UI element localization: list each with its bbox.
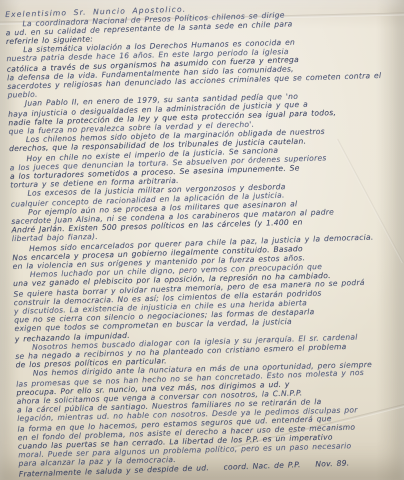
- handwritten-letter: Exelentisimo Sr. Nuncio Apostolico. La c…: [5, 0, 404, 478]
- letter-photo: Exelentisimo Sr. Nuncio Apostolico. La c…: [0, 0, 404, 480]
- letter-lines: La coordinadora Nacional de Presos Polít…: [5, 7, 404, 477]
